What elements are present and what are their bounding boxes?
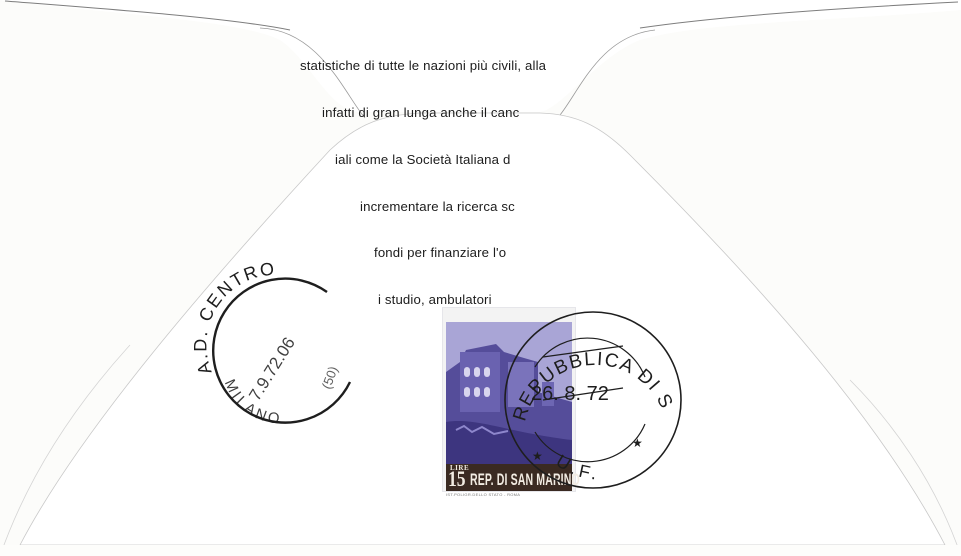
flap-text-line: iali come la Società Italiana d xyxy=(335,152,630,168)
flap-text-line: statistiche di tutte le nazioni più civi… xyxy=(300,58,630,74)
san-marino-date: 26. 8. 72 xyxy=(531,383,609,405)
svg-text:A.D. CENTRO: A.D. CENTRO xyxy=(190,258,277,377)
san-marino-star: ★ xyxy=(632,436,643,450)
milano-postmark: A.D. CENTRO MILANO 7.9.72.06 (50) xyxy=(190,262,365,442)
stamp-value: 15 xyxy=(448,468,466,490)
flap-text-line: infatti di gran lunga anche il canc xyxy=(322,105,630,121)
milano-ring-top: A.D. CENTRO xyxy=(190,258,277,377)
san-marino-postmark: REPUBBLICA DI S MARINO U.F. 26. 8. 72 ★ … xyxy=(495,292,685,507)
milano-side-mark: (50) xyxy=(319,364,341,391)
san-marino-ring-bottom: U.F. xyxy=(553,451,601,484)
milano-date: 7.9.72.06 xyxy=(245,334,299,404)
envelope-back: statistiche di tutte le nazioni più civi… xyxy=(0,0,961,556)
flap-text-line: fondi per finanziare l'o xyxy=(374,245,630,261)
flap-text-line: incrementare la ricerca sc xyxy=(360,199,630,215)
svg-text:U.F.: U.F. xyxy=(553,451,601,484)
san-marino-star-left: ★ xyxy=(532,449,543,463)
